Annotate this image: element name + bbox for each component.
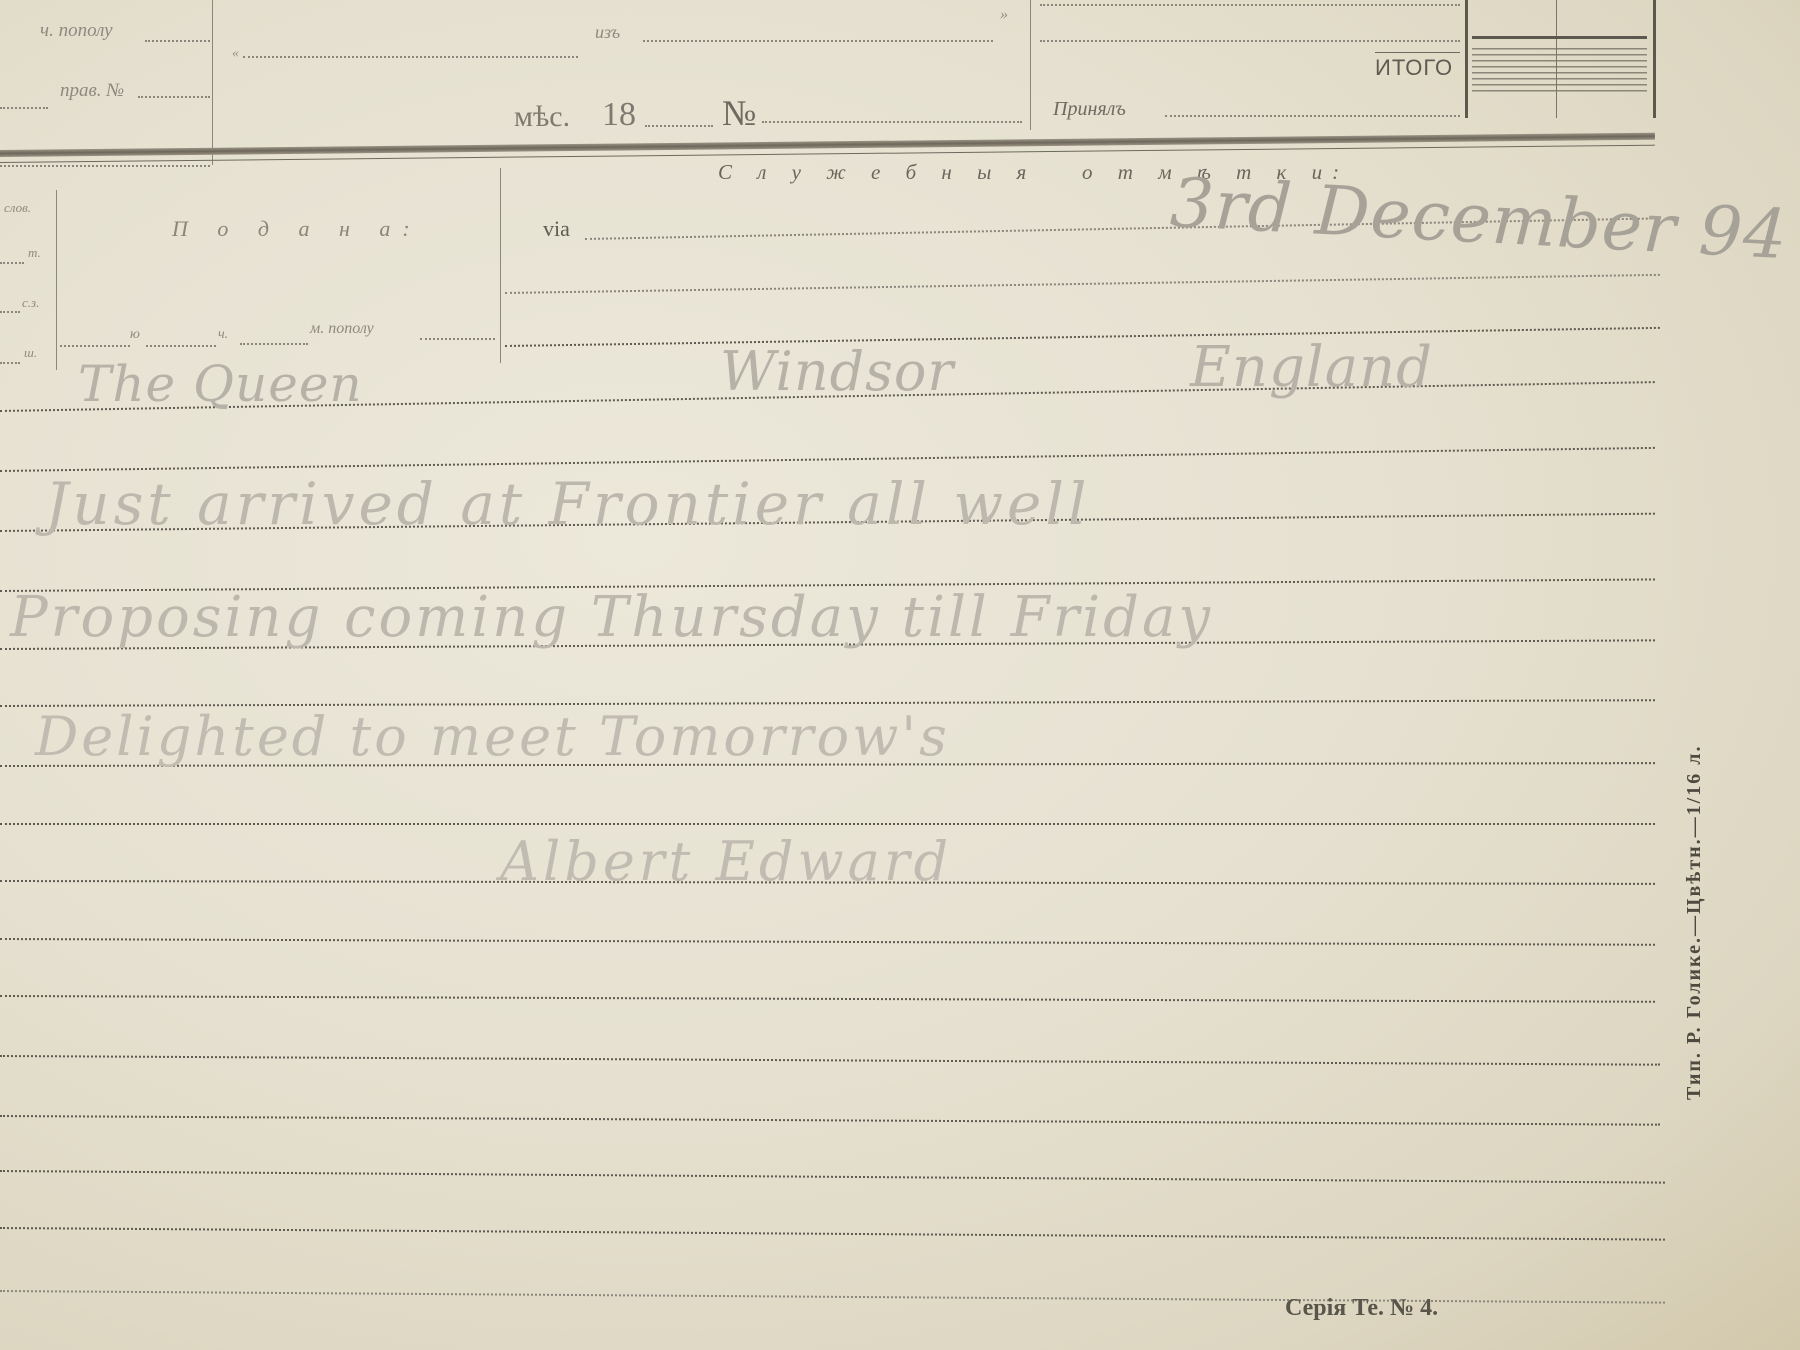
service-marks-line[interactable] (505, 274, 1660, 294)
address-country: England (1190, 335, 1433, 400)
after-noon-field[interactable] (145, 40, 210, 42)
handwritten-date: 3rd December 94 (1168, 164, 1789, 275)
accepted-field[interactable] (1165, 115, 1460, 117)
total-box (1465, 0, 1656, 118)
message-line[interactable] (0, 938, 1655, 946)
dotted-rule (0, 311, 20, 313)
from-field[interactable] (643, 40, 993, 42)
number-field[interactable] (762, 121, 1022, 123)
dotted-rule (420, 338, 495, 340)
submitted-hour-field[interactable] (146, 345, 216, 347)
dotted-rule (0, 165, 210, 167)
dotted-rule (0, 107, 48, 109)
message-line[interactable] (0, 1227, 1665, 1241)
label-accepted: Принялъ (1053, 98, 1126, 121)
accepted-note-field[interactable] (1040, 40, 1460, 42)
submitted-day-field[interactable] (60, 345, 130, 347)
label-sz: с.з. (22, 295, 39, 311)
label-prav-no: прав. № (60, 80, 124, 102)
prav-no-field[interactable] (138, 96, 210, 98)
close-quote: » (1000, 6, 1008, 24)
address-recipient: The Queen (78, 355, 363, 413)
message-line-1: Just arrived at Frontier all well (45, 470, 1090, 538)
message-line[interactable] (0, 823, 1655, 825)
divider (500, 168, 501, 363)
address-place: Windsor (720, 340, 954, 403)
label-day: ю (130, 327, 140, 343)
message-line[interactable] (0, 1115, 1660, 1126)
message-line-2: Proposing coming Thursday till Friday (10, 585, 1213, 650)
series-number: Серія Те. № 4. (1285, 1295, 1438, 1322)
message-line-3: Delighted to meet Tomorrow's (35, 705, 950, 768)
submitted-minute-field[interactable] (240, 343, 308, 345)
message-line[interactable] (0, 1055, 1660, 1066)
label-number: № (722, 92, 756, 134)
service-marks-line[interactable] (505, 327, 1660, 347)
label-month: мѣс. (514, 100, 570, 134)
divider (1030, 0, 1031, 130)
dotted-rule (0, 362, 20, 364)
dotted-rule (1040, 4, 1460, 6)
label-sh: ш. (24, 345, 37, 361)
divider (56, 190, 57, 370)
year-field[interactable] (645, 125, 713, 127)
year-prefix: 18 (602, 96, 636, 134)
label-words: слов. (4, 200, 31, 216)
via-label: via (543, 216, 570, 242)
dotted-rule (0, 262, 24, 264)
message-line[interactable] (0, 995, 1655, 1003)
label-total: ИТОГО (1375, 55, 1453, 81)
printer-imprint: Тип. Р. Голике.—Цвѣтн.—1/16 л. (1683, 745, 1706, 1100)
signature: Albert Edward (500, 830, 952, 893)
label-from: изъ (595, 22, 620, 43)
submitted-label: П о д а н а: (172, 216, 422, 242)
label-hour: ч. (218, 327, 228, 343)
message-line[interactable] (0, 1170, 1665, 1184)
label-after-noon: ч. пополу (40, 20, 113, 42)
label-t: т. (28, 245, 41, 261)
origin-field[interactable] (243, 56, 578, 58)
message-line[interactable] (0, 447, 1655, 472)
divider (212, 0, 213, 165)
rule (1375, 52, 1460, 53)
label-minute: м. пополу (310, 320, 374, 338)
open-quote: « (232, 46, 239, 62)
